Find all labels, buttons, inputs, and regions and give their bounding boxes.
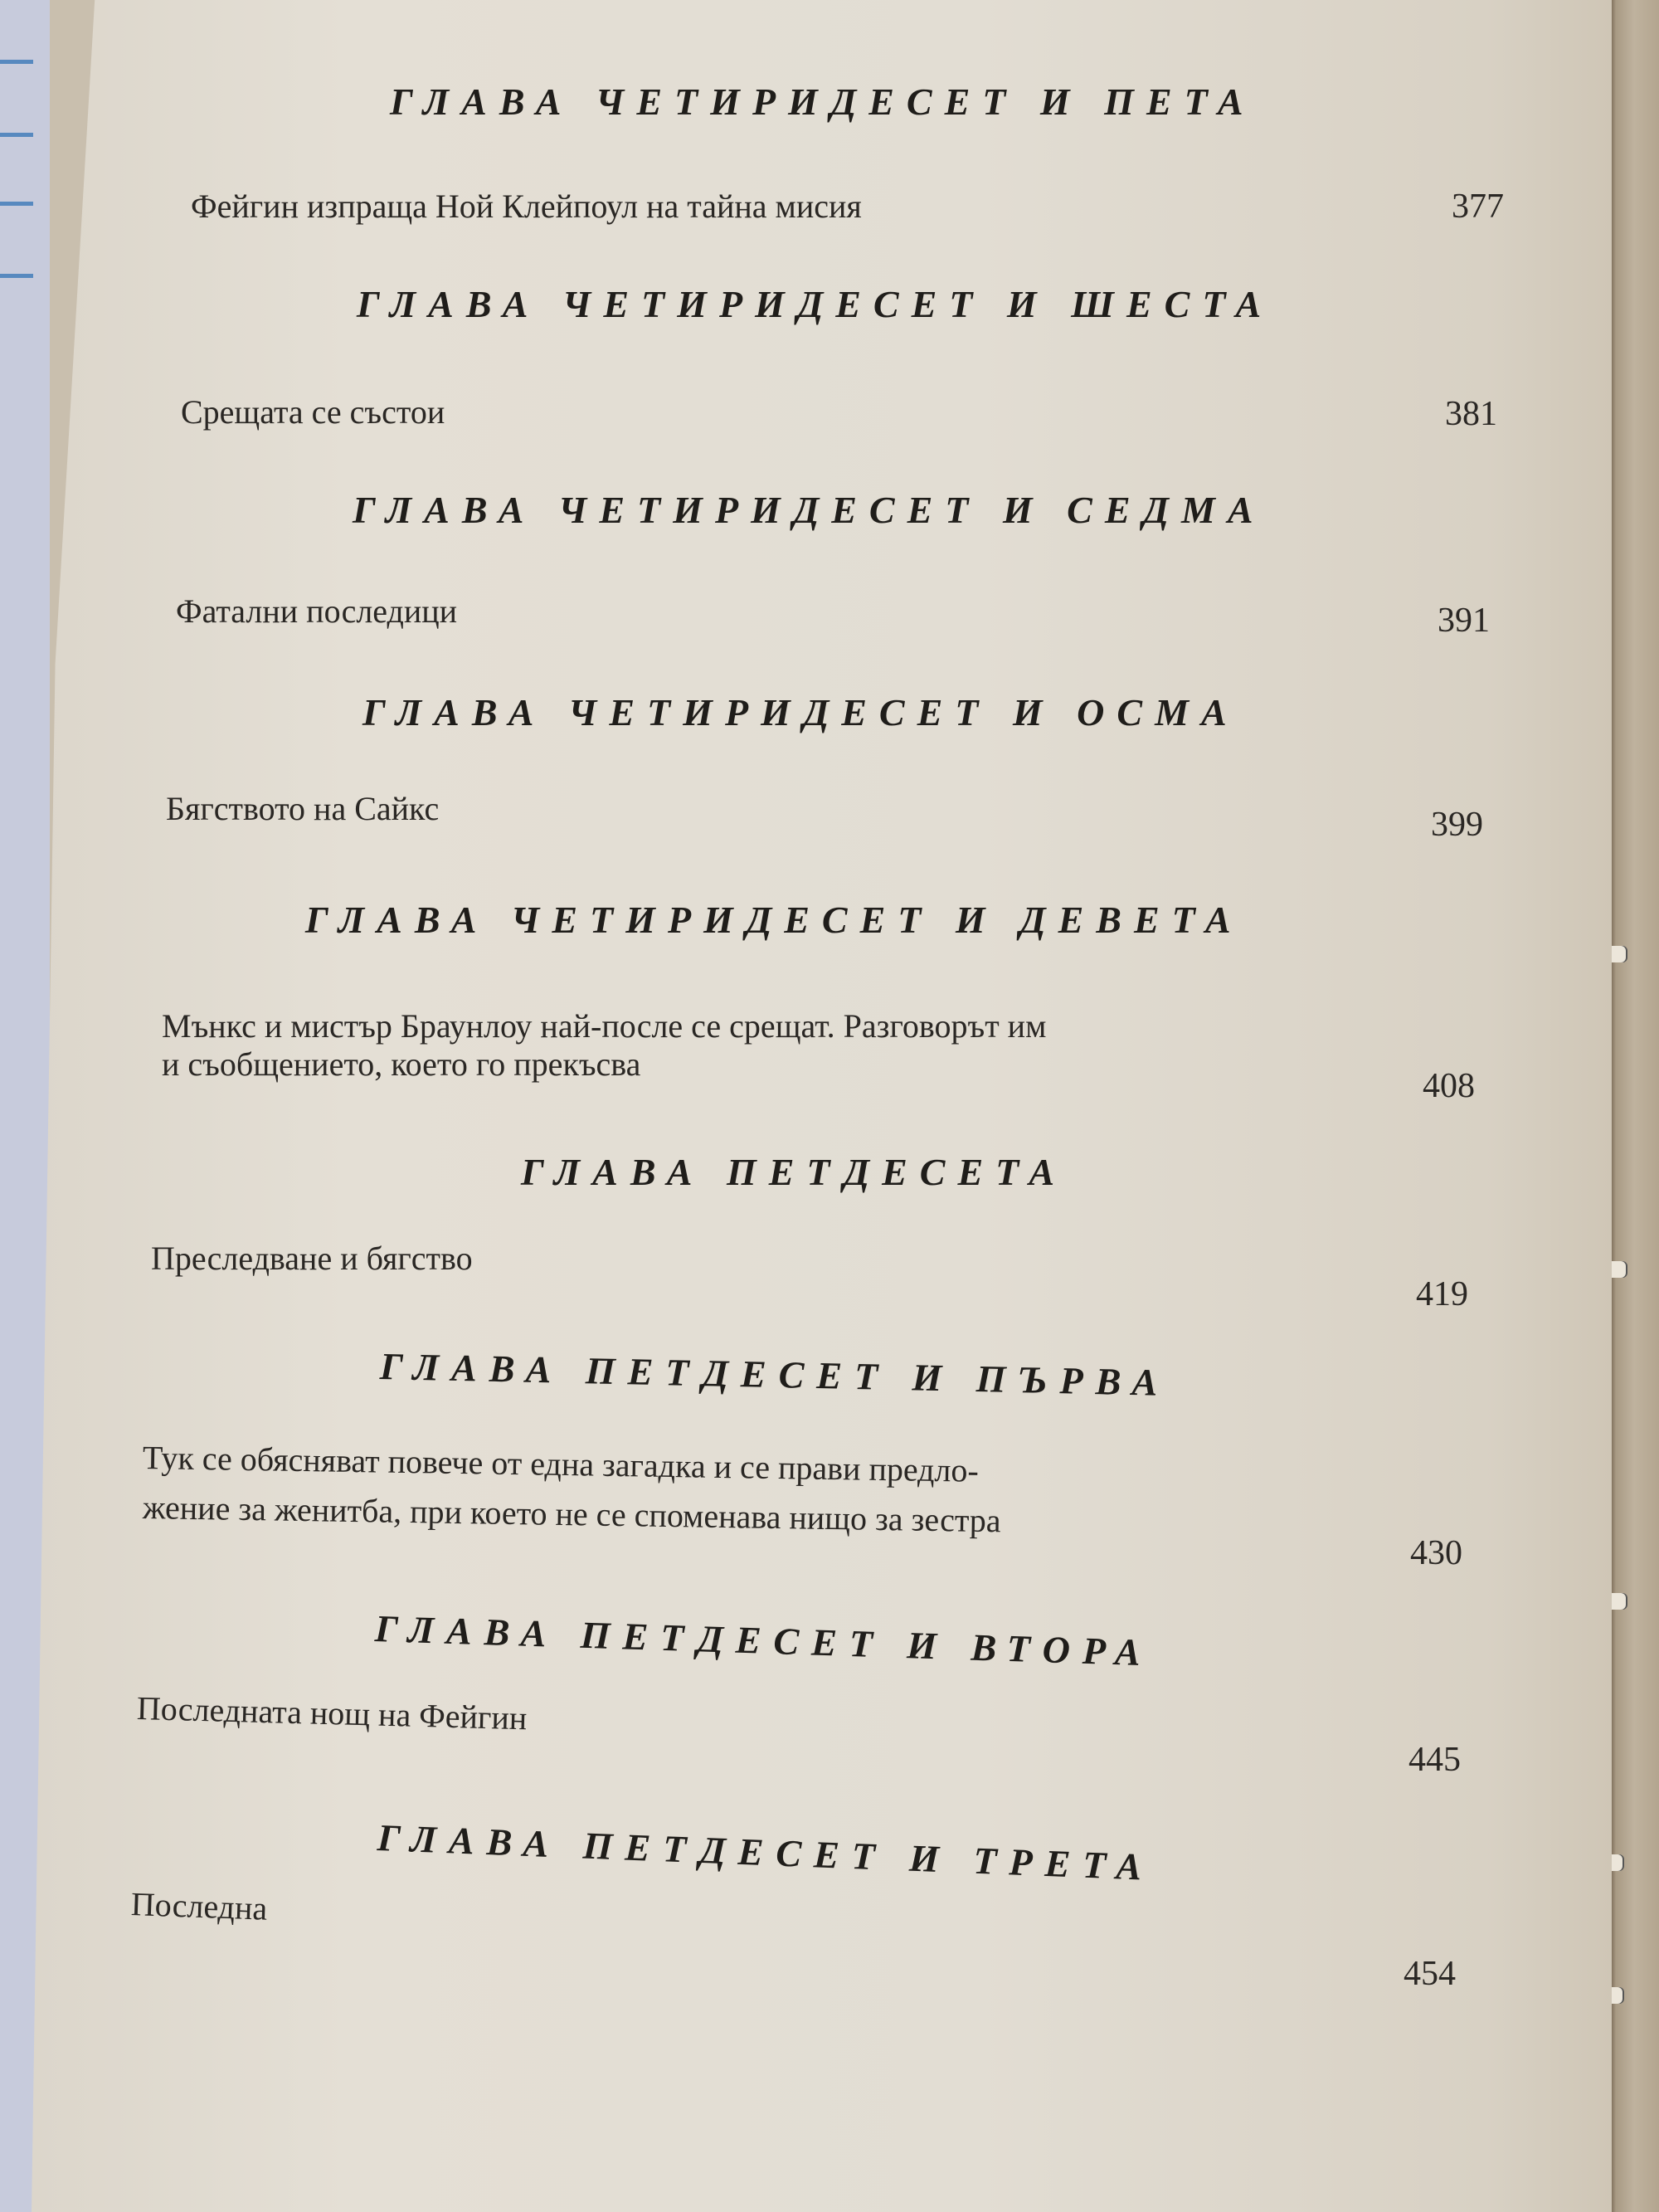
chapter-summary: Последна xyxy=(130,1882,268,1932)
chapter-summary: Бягството на Сайкс xyxy=(166,787,439,831)
page-number: 399 xyxy=(1431,805,1483,845)
page-number: 445 xyxy=(1408,1740,1461,1780)
page-number: 381 xyxy=(1445,394,1497,434)
notebook-rule-line xyxy=(0,274,33,278)
page-number: 408 xyxy=(1423,1066,1475,1106)
chapter-summary: Фейгин изпраща Ной Клейпоул на тайна мис… xyxy=(191,184,862,229)
chapter-summary-line: и съобщението, което го прекъсва xyxy=(162,1042,640,1087)
page-number: 377 xyxy=(1452,187,1504,227)
book-page xyxy=(32,0,1612,2212)
chapter-summary: Преследване и бягство xyxy=(151,1236,473,1281)
page-number: 454 xyxy=(1404,1954,1456,1994)
chapter-summary: Фатални последици xyxy=(176,589,457,634)
chapter-heading: ГЛАВА ЧЕТИРИДЕСЕТ И ДЕВЕТА xyxy=(305,898,1243,942)
notebook-rule-line xyxy=(0,133,33,137)
chapter-heading: ГЛАВА ЧЕТИРИДЕСЕТ И СЕДМА xyxy=(353,488,1266,532)
chapter-heading: ГЛАВА ЧЕТИРИДЕСЕТ И ОСМА xyxy=(362,690,1239,734)
page-number: 430 xyxy=(1410,1533,1462,1573)
page-number: 391 xyxy=(1438,601,1490,641)
chapter-summary: Срещата се състои xyxy=(181,390,445,435)
notebook-rule-line xyxy=(0,60,33,64)
chapter-heading: ГЛАВА ЧЕТИРИДЕСЕТ И ПЕТА xyxy=(390,80,1256,124)
page-number: 419 xyxy=(1416,1274,1468,1314)
chapter-heading: ГЛАВА ПЕТДЕСЕТА xyxy=(521,1150,1067,1194)
notebook-rule-line xyxy=(0,202,33,206)
chapter-heading: ГЛАВА ЧЕТИРИДЕСЕТ И ШЕСТА xyxy=(357,282,1273,326)
book-binding-edge xyxy=(1609,0,1659,2212)
